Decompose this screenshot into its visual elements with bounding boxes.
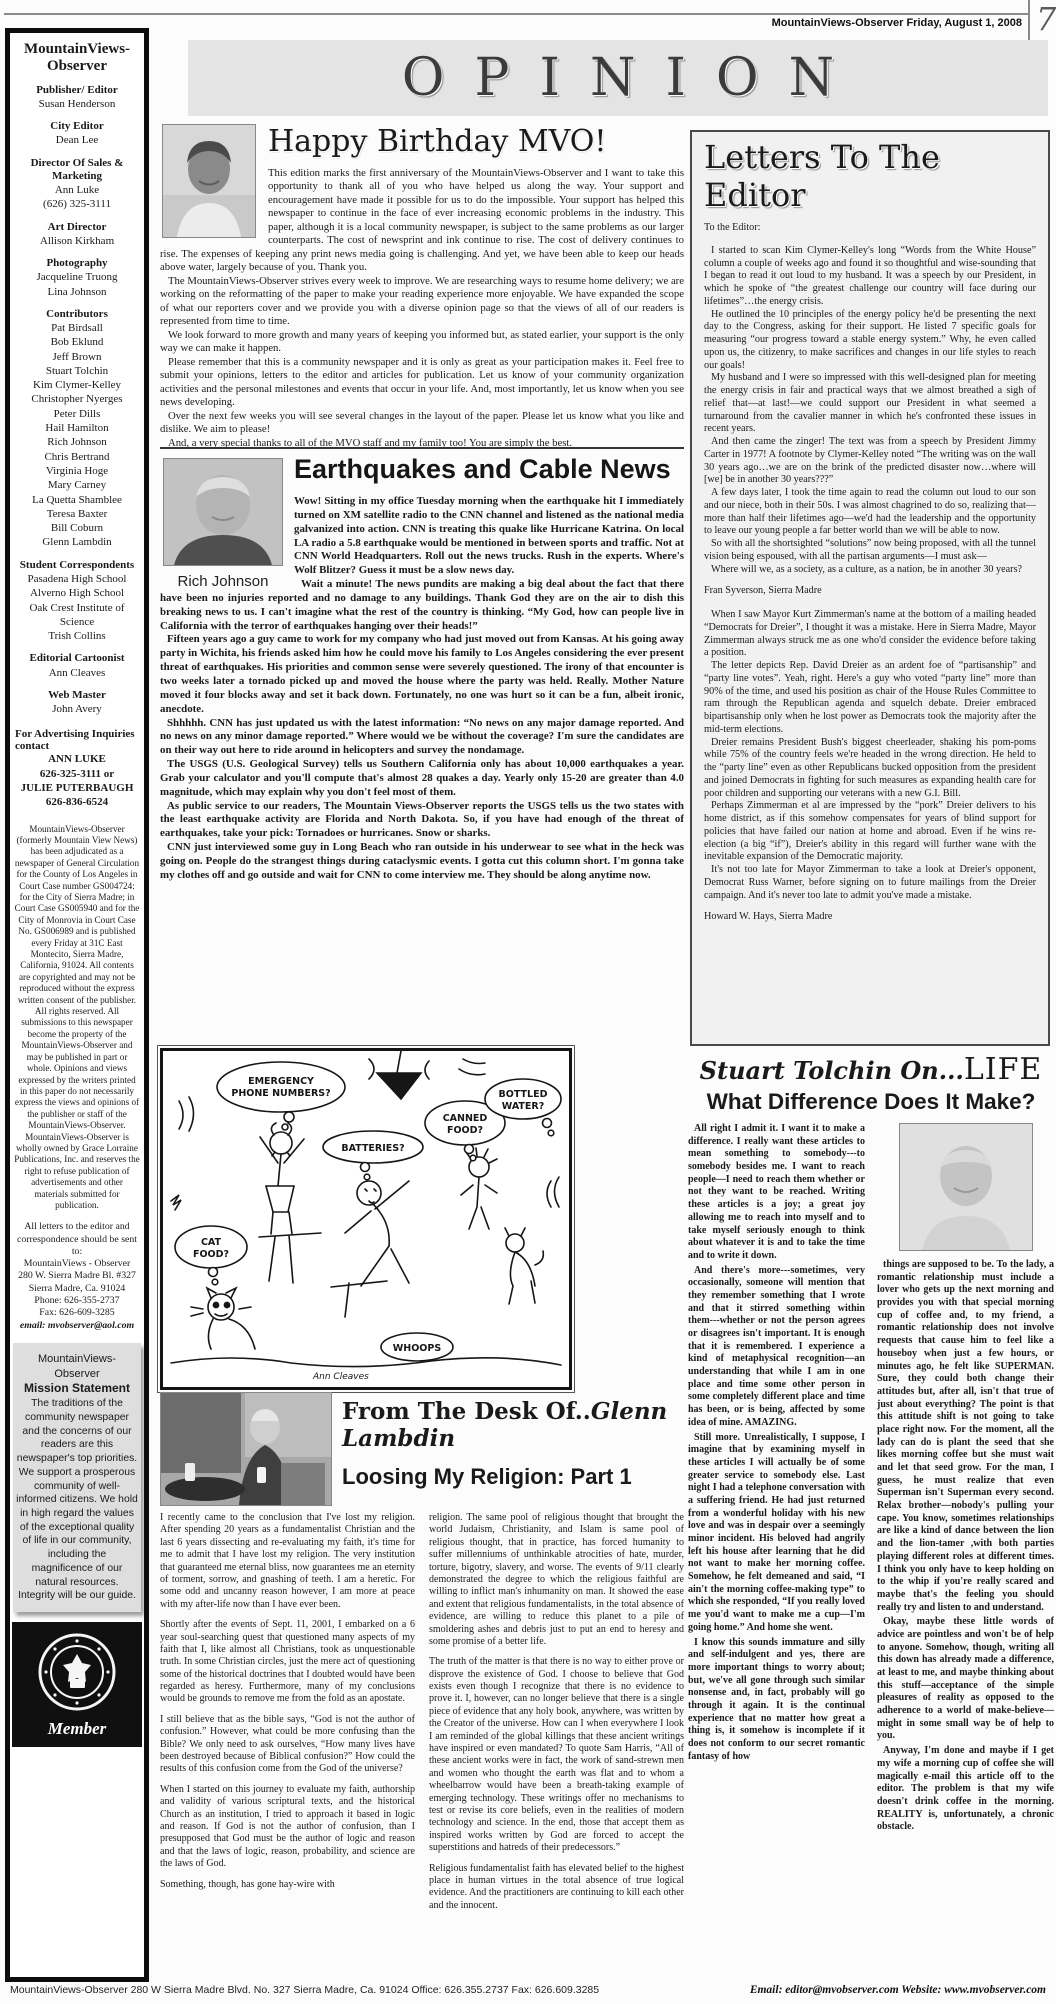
- desk-kicker: From The Desk Of..Glenn Lambdin: [342, 1398, 684, 1452]
- role-art-director: Art Director: [12, 221, 142, 234]
- legal-notice: MountainViews-Observer (formerly Mountai…: [12, 824, 142, 1212]
- eq-paragraph: The USGS (U.S. Geological Survey) tells …: [160, 758, 684, 800]
- bubble-emergency-line2: PHONE NUMBERS?: [231, 1088, 330, 1099]
- advertising-lines: ANN LUKE626-325-3111 orJULIE PUTERBAUGH6…: [12, 752, 142, 809]
- mission-title: Mission Statement: [16, 1381, 138, 1397]
- desk-header-row: From The Desk Of..Glenn Lambdin Loosing …: [160, 1392, 684, 1506]
- national-newspaper-association-seal-icon: [37, 1632, 117, 1712]
- desk-headline: Loosing My Religion: Part 1: [342, 1464, 684, 1490]
- tolchin-kicker: Stuart Tolchin On...LIFE: [688, 1052, 1054, 1087]
- masthead-sidebar: MountainViews- Observer Publisher/ Edito…: [5, 28, 149, 1982]
- role-cartoonist: Editorial Cartoonist: [12, 652, 142, 665]
- mission-statement-box: MountainViews-Observer Mission Statement…: [13, 1343, 141, 1612]
- contributor-name: Christopher Nyerges: [12, 392, 142, 406]
- bubble-batteries: BATTERIES?: [341, 1143, 404, 1154]
- desk-paragraph: I recently came to the conclusion that I…: [160, 1512, 415, 1611]
- paper-title-line2: Observer: [12, 58, 142, 75]
- letter-paragraph: Perhaps Zimmerman et al are impressed by…: [704, 800, 1036, 864]
- name-sales: Ann Luke: [12, 183, 142, 197]
- letter-paragraph: The letter depicts Rep. David Dreier as …: [704, 660, 1036, 737]
- contributor-name: Mary Carney: [12, 478, 142, 492]
- desk-paragraph: I still believe that as the bible says, …: [160, 1714, 415, 1776]
- letters-headline: Letters To The Editor: [704, 138, 1036, 214]
- bubble-canned-line2: FOOD?: [447, 1125, 483, 1136]
- desk-paragraph: Religious fundamentalist faith has eleva…: [429, 1863, 684, 1913]
- desk-column-2: religion. The same pool of religious tho…: [429, 1512, 684, 1920]
- letter-paragraph: So with all the shortsighted “solutions”…: [704, 538, 1036, 564]
- article-happy-birthday: Happy Birthday MVO! This edition marks t…: [160, 120, 684, 450]
- rich-johnson-photo-block: Rich Johnson: [162, 458, 284, 590]
- page-number: 7: [1036, 0, 1056, 38]
- contributor-name: Virginia Hoge: [12, 464, 142, 478]
- member-label: Member: [12, 1719, 142, 1739]
- contact-email: email: mvobserver@aol.com: [12, 1320, 142, 1331]
- address-line: 280 W. Sierra Madre Bl. #327: [12, 1270, 142, 1282]
- role-webmaster: Web Master: [12, 689, 142, 702]
- eq-paragraph: Shhhhh. CNN has just updated us with the…: [160, 717, 684, 759]
- letter-paragraph: I started to scan Kim Clymer-Kelley's lo…: [704, 245, 1036, 309]
- student-names: Pasadena High SchoolAlverno High SchoolO…: [12, 572, 142, 643]
- bubble-catfood-line1: CAT: [201, 1237, 222, 1248]
- address-line: MountainViews - Observer: [12, 1258, 142, 1270]
- contributor-name: La Quetta Shamblee: [12, 493, 142, 507]
- advertising-line: JULIE PUTERBAUGH: [12, 781, 142, 795]
- contributor-name: Bill Coburn: [12, 521, 142, 535]
- photographer-name: Jacqueline Truong: [12, 270, 142, 284]
- tolchin-column-1: All right I admit it. I want it to make …: [688, 1123, 865, 1836]
- mission-body: The traditions of the community newspape…: [16, 1397, 138, 1603]
- letter-paragraph: My husband and I were so impressed with …: [704, 372, 1036, 436]
- advertising-line: 626-836-6524: [12, 795, 142, 809]
- contributor-name: Kim Clymer-Kelley: [12, 378, 142, 392]
- letter-1: I started to scan Kim Clymer-Kelley's lo…: [704, 245, 1036, 577]
- header-vertical-rule: [1028, 0, 1030, 40]
- name-art-director: Allison Kirkham: [12, 234, 142, 248]
- tolchin-paragraph: All right I admit it. I want it to make …: [688, 1123, 865, 1263]
- hb-paragraph: We look forward to more growth and many …: [160, 329, 684, 356]
- role-contributors: Contributors: [12, 308, 142, 321]
- contributor-name: Hail Hamilton: [12, 421, 142, 435]
- contributor-name: Bob Eklund: [12, 335, 142, 349]
- role-city-editor: City Editor: [12, 120, 142, 133]
- role-photography: Photography: [12, 257, 142, 270]
- letter-paragraph: Where will we, as a society, as a cultur…: [704, 564, 1036, 577]
- eq-paragraph: As public service to our readers, The Mo…: [160, 800, 684, 842]
- letter-salutation: To the Editor:: [704, 222, 1036, 235]
- letter-paragraph: He outlined the 10 principles of the ene…: [704, 309, 1036, 373]
- role-publisher: Publisher/ Editor: [12, 84, 142, 97]
- letters-to-editor-box: Letters To The Editor To the Editor: I s…: [690, 130, 1050, 1046]
- tolchin-paragraph: I know this sounds immature and silly an…: [688, 1637, 865, 1764]
- name-city-editor: Dean Lee: [12, 133, 142, 147]
- earthquake-cartoon-drawing: EMERGENCY PHONE NUMBERS? BATTERIES? CANN…: [163, 1051, 569, 1387]
- desk-kicker-prefix: From The Desk Of..: [342, 1398, 591, 1425]
- paper-title-line1: MountainViews-: [12, 41, 142, 58]
- tolchin-column-2: things are supposed to be. To the lady, …: [877, 1123, 1054, 1836]
- footer-address: MountainViews-Observer 280 W Sierra Madr…: [10, 1984, 599, 1996]
- phone-sales: (626) 325-3111: [12, 197, 142, 211]
- letter-paragraph: A few days later, I took the time again …: [704, 487, 1036, 538]
- rich-johnson-caption: Rich Johnson: [162, 573, 284, 590]
- photography-names: Jacqueline TruongLina Johnson: [12, 270, 142, 299]
- tolchin-headline: What Difference Does It Make?: [688, 1089, 1054, 1115]
- masthead-date: MountainViews-Observer Friday, August 1,…: [772, 17, 1022, 29]
- contributor-name: Teresa Baxter: [12, 507, 142, 521]
- student-name: Pasadena High School: [12, 572, 142, 586]
- article-losing-my-religion: From The Desk Of..Glenn Lambdin Loosing …: [160, 1392, 684, 1990]
- photographer-name: Lina Johnson: [12, 285, 142, 299]
- bubble-emergency-line1: EMERGENCY: [248, 1076, 314, 1087]
- desk-paragraph: religion. The same pool of religious tho…: [429, 1512, 684, 1648]
- name-publisher: Susan Henderson: [12, 97, 142, 111]
- letter-paragraph: It's not too late for Mayor Zimmerman to…: [704, 864, 1036, 902]
- editorial-cartoon: EMERGENCY PHONE NUMBERS? BATTERIES? CANN…: [160, 1048, 572, 1390]
- advertising-heading: For Advertising Inquiries contact: [12, 728, 142, 752]
- tolchin-kicker-life: LIFE: [964, 1052, 1043, 1087]
- bubble-catfood-line2: FOOD?: [193, 1249, 229, 1260]
- hb-paragraph: Please remember that this is a community…: [160, 356, 684, 410]
- header-rule: [4, 13, 1028, 15]
- contributor-name: Pat Birdsall: [12, 321, 142, 335]
- contributor-names: Pat BirdsallBob EklundJeff BrownStuart T…: [12, 321, 142, 550]
- tolchin-paragraph: things are supposed to be. To the lady, …: [877, 1259, 1054, 1614]
- letter-1-signature: Fran Syverson, Sierra Madre: [704, 585, 1036, 598]
- bubble-bottled-line2: WATER?: [502, 1101, 544, 1112]
- page-footer: MountainViews-Observer 280 W Sierra Madr…: [0, 1984, 1056, 1996]
- rich-johnson-photo: [163, 458, 283, 566]
- tolchin-columns: All right I admit it. I want it to make …: [688, 1123, 1054, 1836]
- contributor-name: Stuart Tolchin: [12, 364, 142, 378]
- bubble-whoops: WHOOPS: [393, 1343, 442, 1354]
- advertising-line: 626-325-3111 or: [12, 767, 142, 781]
- hb-paragraph: The MountainViews-Observer strives every…: [160, 275, 684, 329]
- glenn-lambdin-photo: [160, 1392, 332, 1506]
- eq-paragraph: CNN just interviewed some guy in Long Be…: [160, 841, 684, 883]
- letters-address-note: All letters to the editor and correspond…: [12, 1221, 142, 1258]
- name-webmaster: John Avery: [12, 702, 142, 716]
- role-sales: Director Of Sales & Marketing: [12, 157, 142, 183]
- letter-paragraph: When I saw Mayor Kurt Zimmerman's name a…: [704, 609, 1036, 660]
- contributor-name: Glenn Lambdin: [12, 535, 142, 549]
- contributor-name: Chris Bertrand: [12, 450, 142, 464]
- role-student-correspondents: Student Correspondents: [12, 559, 142, 572]
- article-earthquakes: Rich Johnson Earthquakes and Cable News …: [160, 452, 684, 1046]
- advertising-line: ANN LUKE: [12, 752, 142, 766]
- mailing-address: MountainViews - Observer280 W. Sierra Ma…: [12, 1258, 142, 1319]
- desk-titles: From The Desk Of..Glenn Lambdin Loosing …: [342, 1392, 684, 1506]
- student-name: Alverno High School: [12, 586, 142, 600]
- footer-contact: Email: editor@mvobserver.com Website: ww…: [750, 1984, 1046, 1996]
- desk-paragraph: When I started on this journey to evalua…: [160, 1784, 415, 1871]
- contributor-name: Rich Johnson: [12, 435, 142, 449]
- desk-paragraph: The truth of the matter is that there is…: [429, 1656, 684, 1854]
- address-line: Sierra Madre, Ca. 91024: [12, 1283, 142, 1295]
- tolchin-kicker-prefix: Stuart Tolchin On...: [700, 1056, 964, 1085]
- letter-paragraph: And then came the zinger! The text was f…: [704, 436, 1036, 487]
- opinion-section-banner: OPINION: [188, 40, 1048, 116]
- susan-henderson-photo: [162, 124, 256, 238]
- contributor-name: Peter Dills: [12, 407, 142, 421]
- address-line: Phone: 626-355-2737: [12, 1295, 142, 1307]
- student-name: Oak Crest Institute of Science: [12, 601, 142, 630]
- student-name: Trish Collins: [12, 629, 142, 643]
- opinion-banner-text: OPINION: [372, 48, 864, 108]
- tolchin-paragraph: Okay, maybe these little words of advice…: [877, 1616, 1054, 1743]
- desk-column-1: I recently came to the conclusion that I…: [160, 1512, 415, 1920]
- letter-2-signature: Howard W. Hays, Sierra Madre: [704, 911, 1036, 924]
- article-tolchin-life: Stuart Tolchin On...LIFE What Difference…: [688, 1052, 1054, 1986]
- tolchin-paragraph: And there's more---sometimes, very occas…: [688, 1265, 865, 1430]
- letter-2: When I saw Mayor Kurt Zimmerman's name a…: [704, 609, 1036, 902]
- tolchin-paragraph: Anyway, I'm done and maybe if I get my w…: [877, 1745, 1054, 1834]
- stuart-tolchin-photo: [899, 1123, 1033, 1251]
- contributor-name: Jeff Brown: [12, 350, 142, 364]
- desk-paragraph: Shortly after the events of Sept. 11, 20…: [160, 1619, 415, 1706]
- tolchin-column-2-text: things are supposed to be. To the lady, …: [877, 1259, 1054, 1834]
- address-line: Fax: 626-609-3285: [12, 1307, 142, 1319]
- desk-paragraph: Something, though, has gone hay-wire wit…: [160, 1879, 415, 1891]
- nna-member-block: Member: [12, 1622, 142, 1747]
- letter-paragraph: Dreier remains President Bush's biggest …: [704, 737, 1036, 801]
- section-divider-rule: [160, 447, 684, 449]
- bubble-bottled-line1: BOTTLED: [499, 1089, 548, 1100]
- name-cartoonist: Ann Cleaves: [12, 666, 142, 680]
- eq-paragraph: Fifteen years ago a guy came to work for…: [160, 633, 684, 716]
- mission-title-paper: MountainViews-Observer: [16, 1352, 138, 1381]
- tolchin-paragraph: Still more. Unrealistically, I suppose, …: [688, 1432, 865, 1635]
- hb-paragraph: Over the next few weeks you will see sev…: [160, 410, 684, 437]
- sidebar-paper-title: MountainViews- Observer: [12, 41, 142, 75]
- bubble-canned-line1: CANNED: [443, 1113, 488, 1124]
- cartoon-signature: Ann Cleaves: [312, 1372, 369, 1382]
- desk-columns: I recently came to the conclusion that I…: [160, 1512, 684, 1920]
